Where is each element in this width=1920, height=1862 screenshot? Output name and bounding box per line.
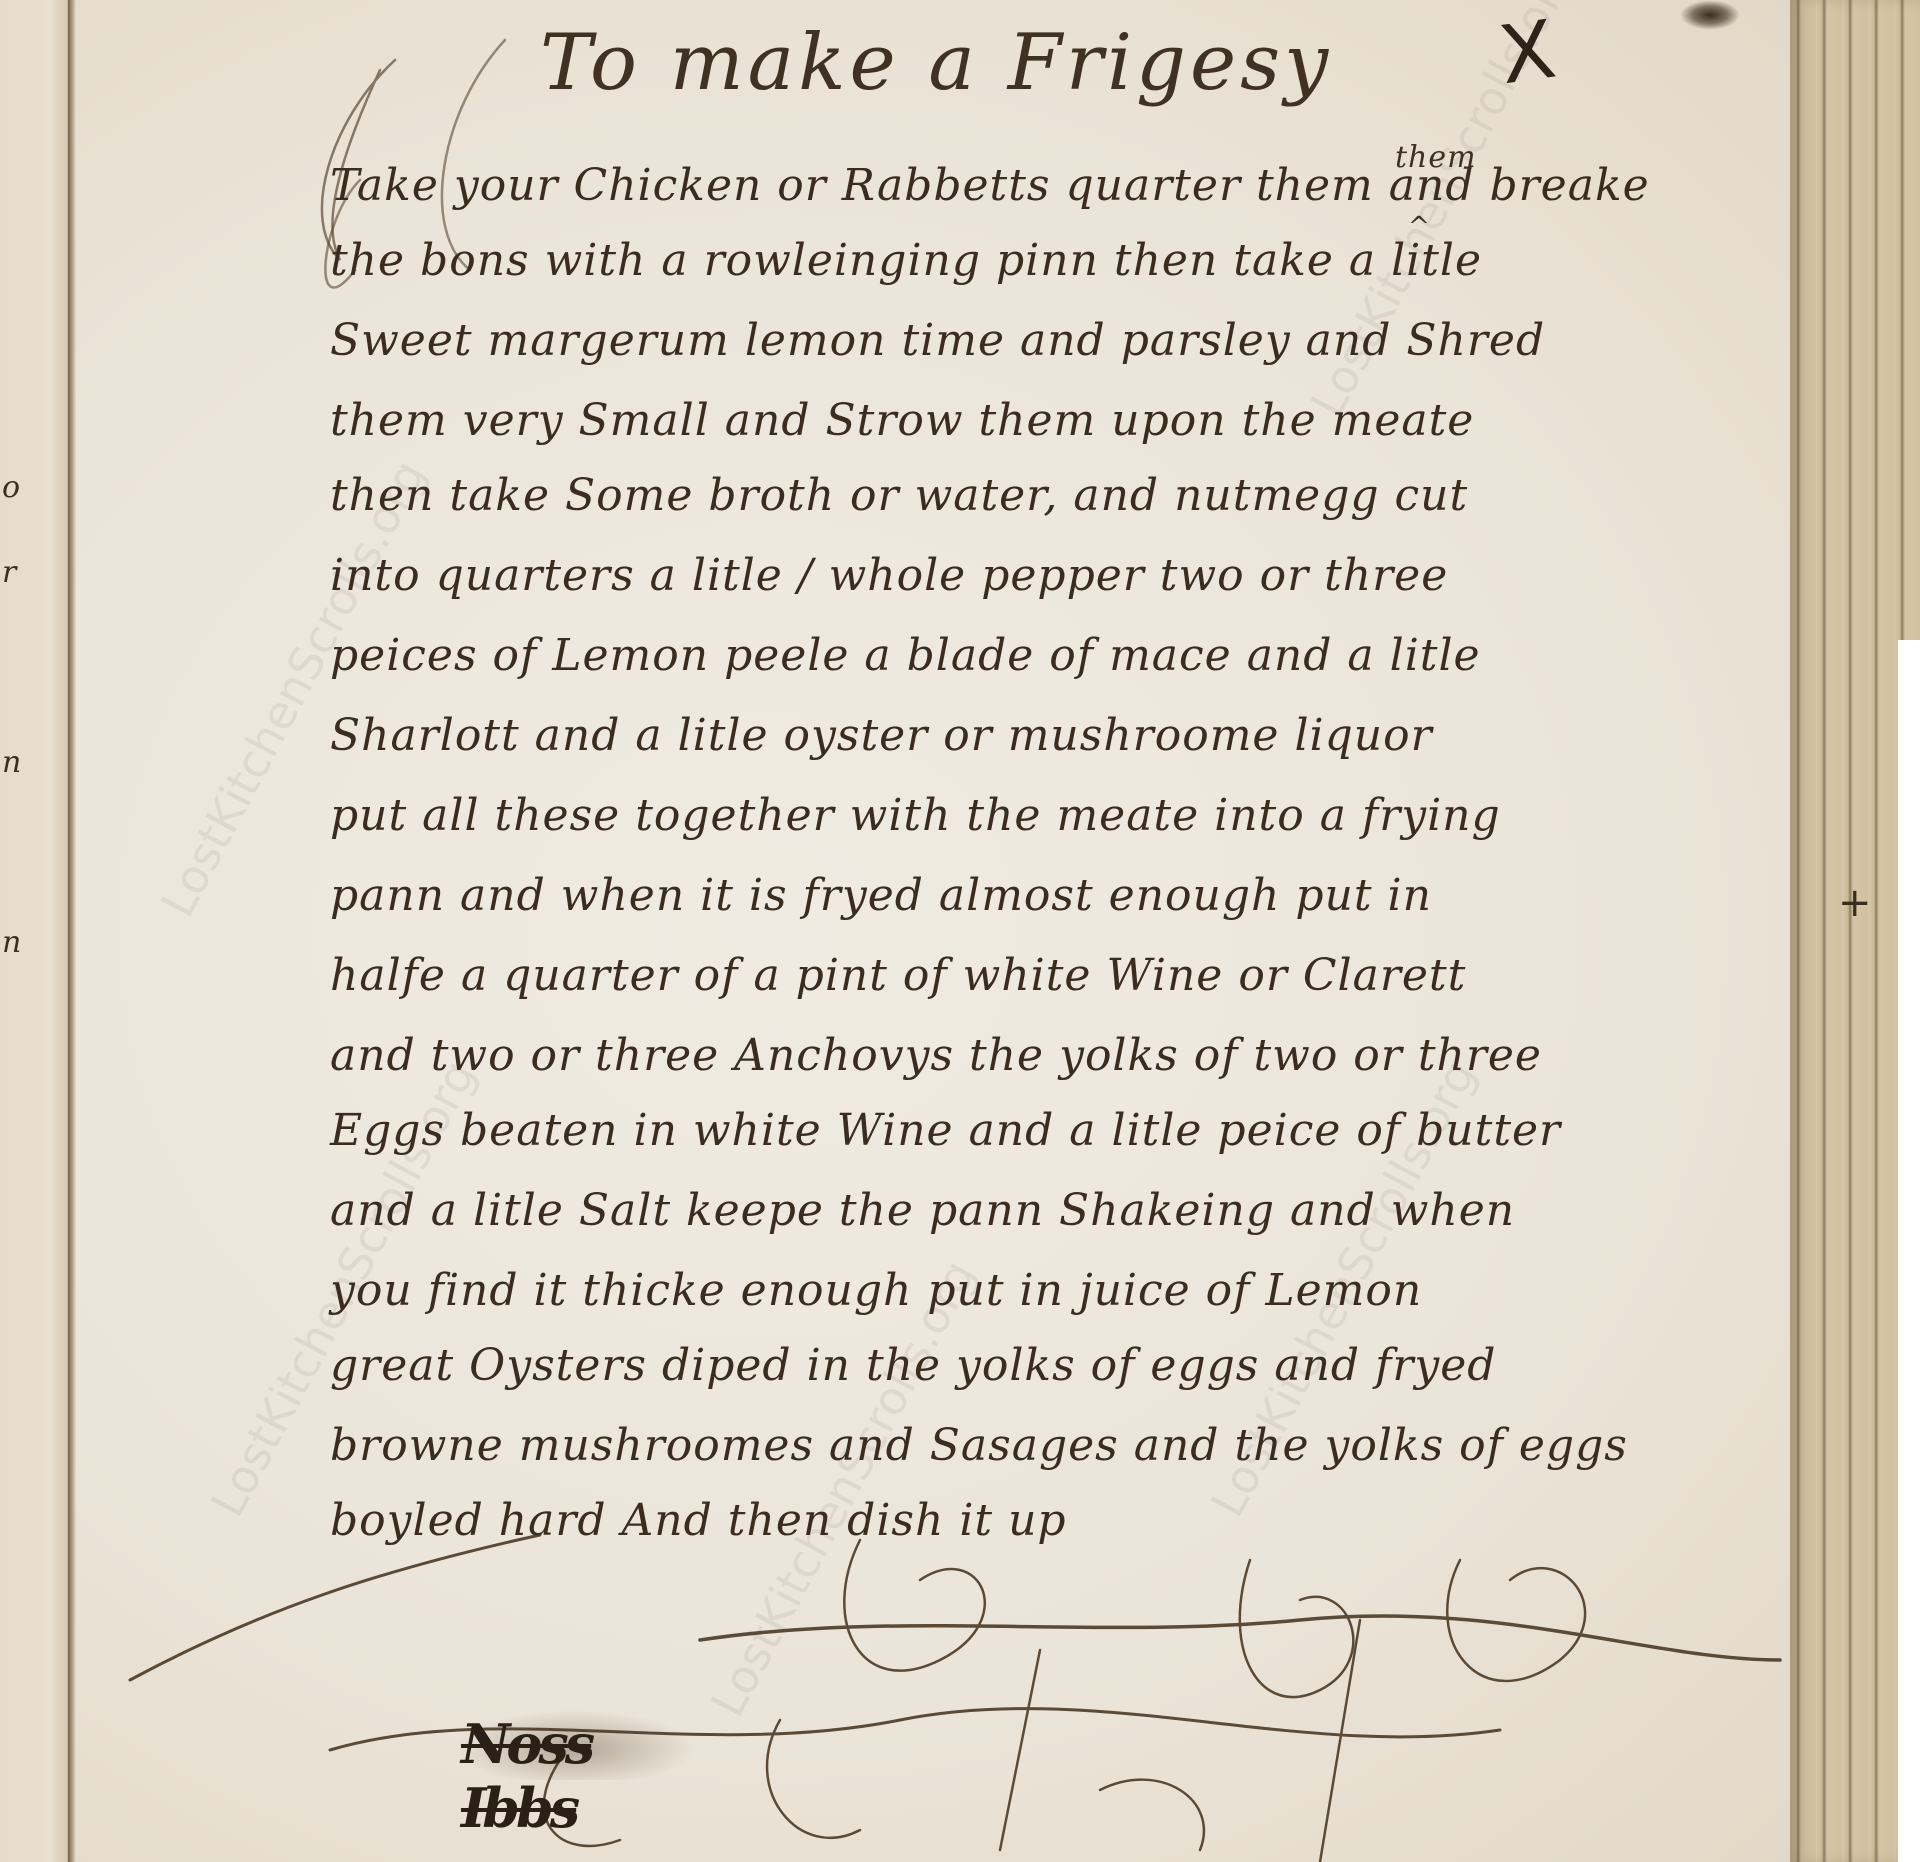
recipe-line: Sweet margerum lemon time and parsley an…: [330, 315, 1545, 366]
ink-blot: [1680, 0, 1740, 30]
recipe-line: pann and when it is fryed almost enough …: [330, 870, 1432, 921]
recipe-line: peices of Lemon peele a blade of mace an…: [330, 630, 1481, 681]
recipe-line: Take your Chicken or Rabbetts quarter th…: [330, 160, 1650, 211]
facing-page-fragment: n: [2, 745, 21, 780]
facing-page-fragment: n: [2, 925, 21, 960]
recipe-line: boyled hard And then dish it up: [330, 1495, 1067, 1546]
recipe-line: Eggs beaten in white Wine and a litle pe…: [330, 1105, 1561, 1156]
recipe-line: and a litle Salt keepe the pann Shakeing…: [330, 1185, 1515, 1236]
recipe-line: halfe a quarter of a pint of white Wine …: [330, 950, 1466, 1001]
recipe-line: them very Small and Strow them upon the …: [330, 395, 1474, 446]
facing-page-edge: o r n n: [0, 0, 72, 1862]
recipe-line: then take Some broth or water, and nutme…: [330, 470, 1468, 521]
recipe-line: Sharlott and a litle oyster or mushroome…: [330, 710, 1433, 761]
signature-blot: Noss Ibbs: [455, 1710, 695, 1780]
recipe-line: into quarters a litle / whole pepper two…: [330, 550, 1448, 601]
recipe-line: the bons with a rowleinging pinn then ta…: [330, 235, 1482, 286]
background-margin: [1898, 640, 1920, 1862]
facing-page-fragment: r: [2, 555, 16, 590]
book-gutter: [68, 0, 76, 1862]
margin-cross-mark: +: [1838, 880, 1872, 926]
recipe-line: browne mushroomes and Sasages and the yo…: [330, 1420, 1628, 1471]
recipe-line: you find it thicke enough put in juice o…: [330, 1265, 1422, 1316]
crossed-out-signature: Noss Ibbs: [461, 1712, 695, 1840]
facing-page-fragment: o: [2, 470, 20, 505]
recipe-line: great Oysters diped in the yolks of eggs…: [330, 1340, 1496, 1391]
recipe-title: To make a Frigesy: [540, 18, 1332, 108]
recipe-line: put all these together with the meate in…: [330, 790, 1501, 841]
page-stack-edges: [1790, 0, 1920, 1862]
recipe-line: and two or three Anchovys the yolks of t…: [330, 1030, 1542, 1081]
